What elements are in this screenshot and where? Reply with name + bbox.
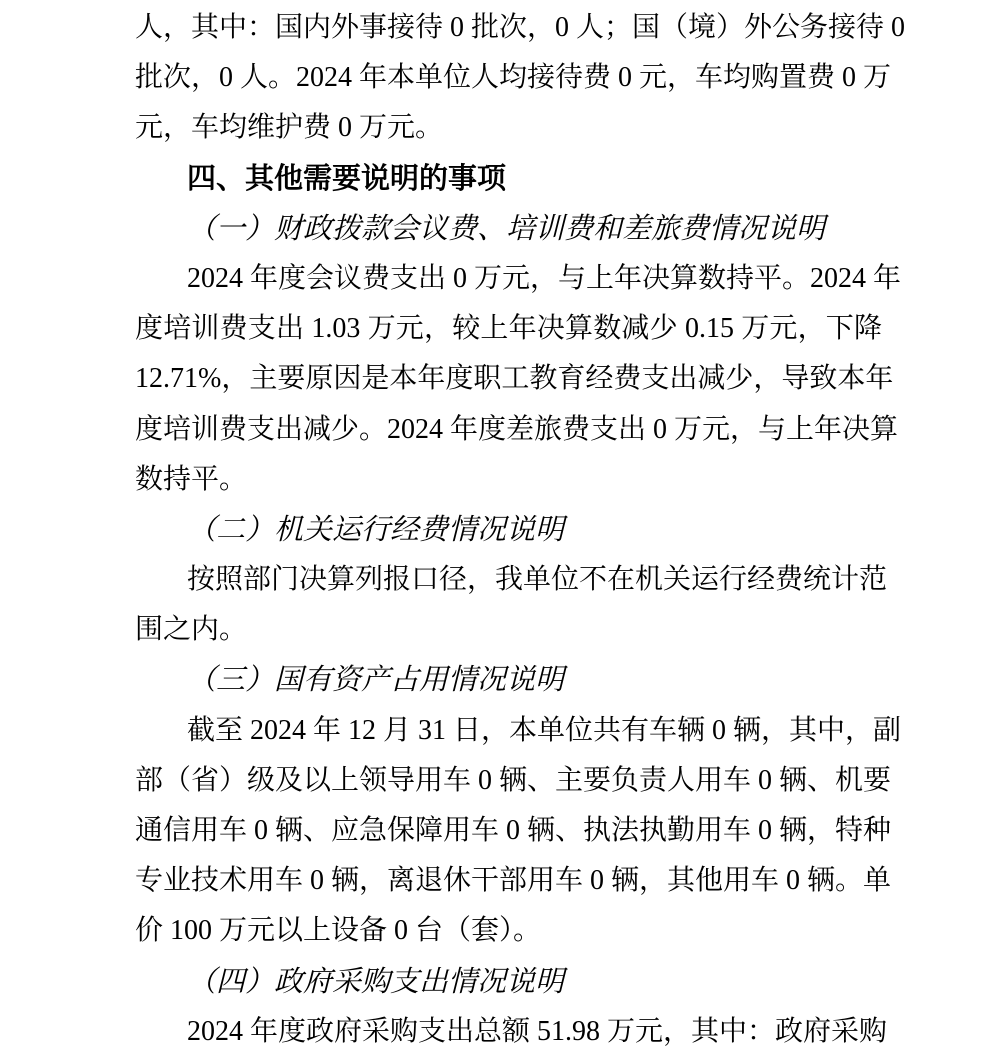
document-page: 人，其中：国内外事接待 0 批次，0 人；国（境）外公务接待 0批次，0 人。2… [0,0,1000,1056]
text-line: 围之内。 [135,605,882,655]
text-line: 通信用车 0 辆、应急保障用车 0 辆、执法执勤用车 0 辆，特种 [135,806,882,856]
text-line: 部（省）级及以上领导用车 0 辆、主要负责人用车 0 辆、机要 [135,756,882,806]
text-line: 2024 年度政府采购支出总额 51.98 万元，其中：政府采购 [135,1007,882,1056]
text-line: 人，其中：国内外事接待 0 批次，0 人；国（境）外公务接待 0 [135,3,882,53]
text-lines: 人，其中：国内外事接待 0 批次，0 人；国（境）外公务接待 0批次，0 人。2… [0,0,1000,1056]
text-line: 价 100 万元以上设备 0 台（套）。 [135,906,882,956]
text-line: 2024 年度会议费支出 0 万元，与上年决算数持平。2024 年 [135,254,882,304]
subsection-heading: （三）国有资产占用情况说明 [135,655,882,705]
text-line: 度培训费支出 1.03 万元，较上年决算数减少 0.15 万元，下降 [135,304,882,354]
text-line: 专业技术用车 0 辆，离退休干部用车 0 辆，其他用车 0 辆。单 [135,856,882,906]
text-line: 数持平。 [135,455,882,505]
text-line: 度培训费支出减少。2024 年度差旅费支出 0 万元，与上年决算 [135,405,882,455]
text-line: 元，车均维护费 0 万元。 [135,103,882,153]
subsection-heading: （四）政府采购支出情况说明 [135,957,882,1007]
section-heading: 四、其他需要说明的事项 [135,154,882,204]
text-line: 截至 2024 年 12 月 31 日，本单位共有车辆 0 辆，其中，副 [135,706,882,756]
text-line: 批次，0 人。2024 年本单位人均接待费 0 元，车均购置费 0 万 [135,53,882,103]
subsection-heading: （二）机关运行经费情况说明 [135,505,882,555]
subsection-heading: （一）财政拨款会议费、培训费和差旅费情况说明 [135,204,882,254]
text-line: 12.71%，主要原因是本年度职工教育经费支出减少，导致本年 [135,354,882,404]
text-line: 按照部门决算列报口径，我单位不在机关运行经费统计范 [135,555,882,605]
